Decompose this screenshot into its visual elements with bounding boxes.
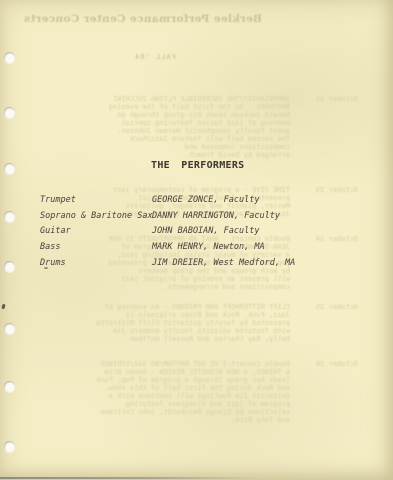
performer-row: DrumsJIM DREIER, West Medford, MA: [40, 258, 393, 272]
punch-hole: [4, 107, 15, 118]
performer-name: GEORGE ZONCE, Faculty: [152, 195, 259, 205]
typewritten-content: THE PERFORMERS TrumpetGEORGE ZONCE, Facu…: [0, 0, 393, 480]
punch-hole: [4, 163, 15, 174]
instrument-label: Soprano & Baritone Sax: [40, 211, 153, 221]
performer-name: MARK HENRY, Newton, MA: [152, 242, 265, 252]
punch-hole: [4, 441, 15, 452]
performer-row: Soprano & Baritone SaxDANNY HARRINGTON, …: [40, 211, 393, 225]
performer-row: TrumpetGEORGE ZONCE, Faculty: [40, 195, 393, 209]
punch-hole: [4, 211, 15, 222]
performer-row: BassMARK HENRY, Newton, MA: [40, 242, 393, 256]
performer-name: JIM DREIER, West Medford, MA: [152, 258, 295, 268]
punch-hole: [4, 381, 15, 392]
instrument-label: Guitar: [40, 226, 71, 236]
punch-hole: [4, 52, 15, 63]
instrument-label: Bass: [40, 242, 60, 252]
ink-speck: [44, 267, 48, 269]
instrument-label: Trumpet: [40, 195, 76, 205]
performer-name: DANNY HARRINGTON, Faculty: [152, 211, 280, 221]
page-edge-shadow: [0, 477, 258, 479]
performer-row: GuitarJOHN BABOIAN, Faculty: [40, 226, 393, 240]
scanned-program-page: Berklee Performance Center Concerts FALL…: [0, 0, 393, 480]
punch-hole: [4, 261, 15, 272]
page-title: THE PERFORMERS: [151, 160, 245, 171]
performer-name: JOHN BABOIAN, Faculty: [152, 226, 259, 236]
punch-hole: [4, 323, 15, 334]
